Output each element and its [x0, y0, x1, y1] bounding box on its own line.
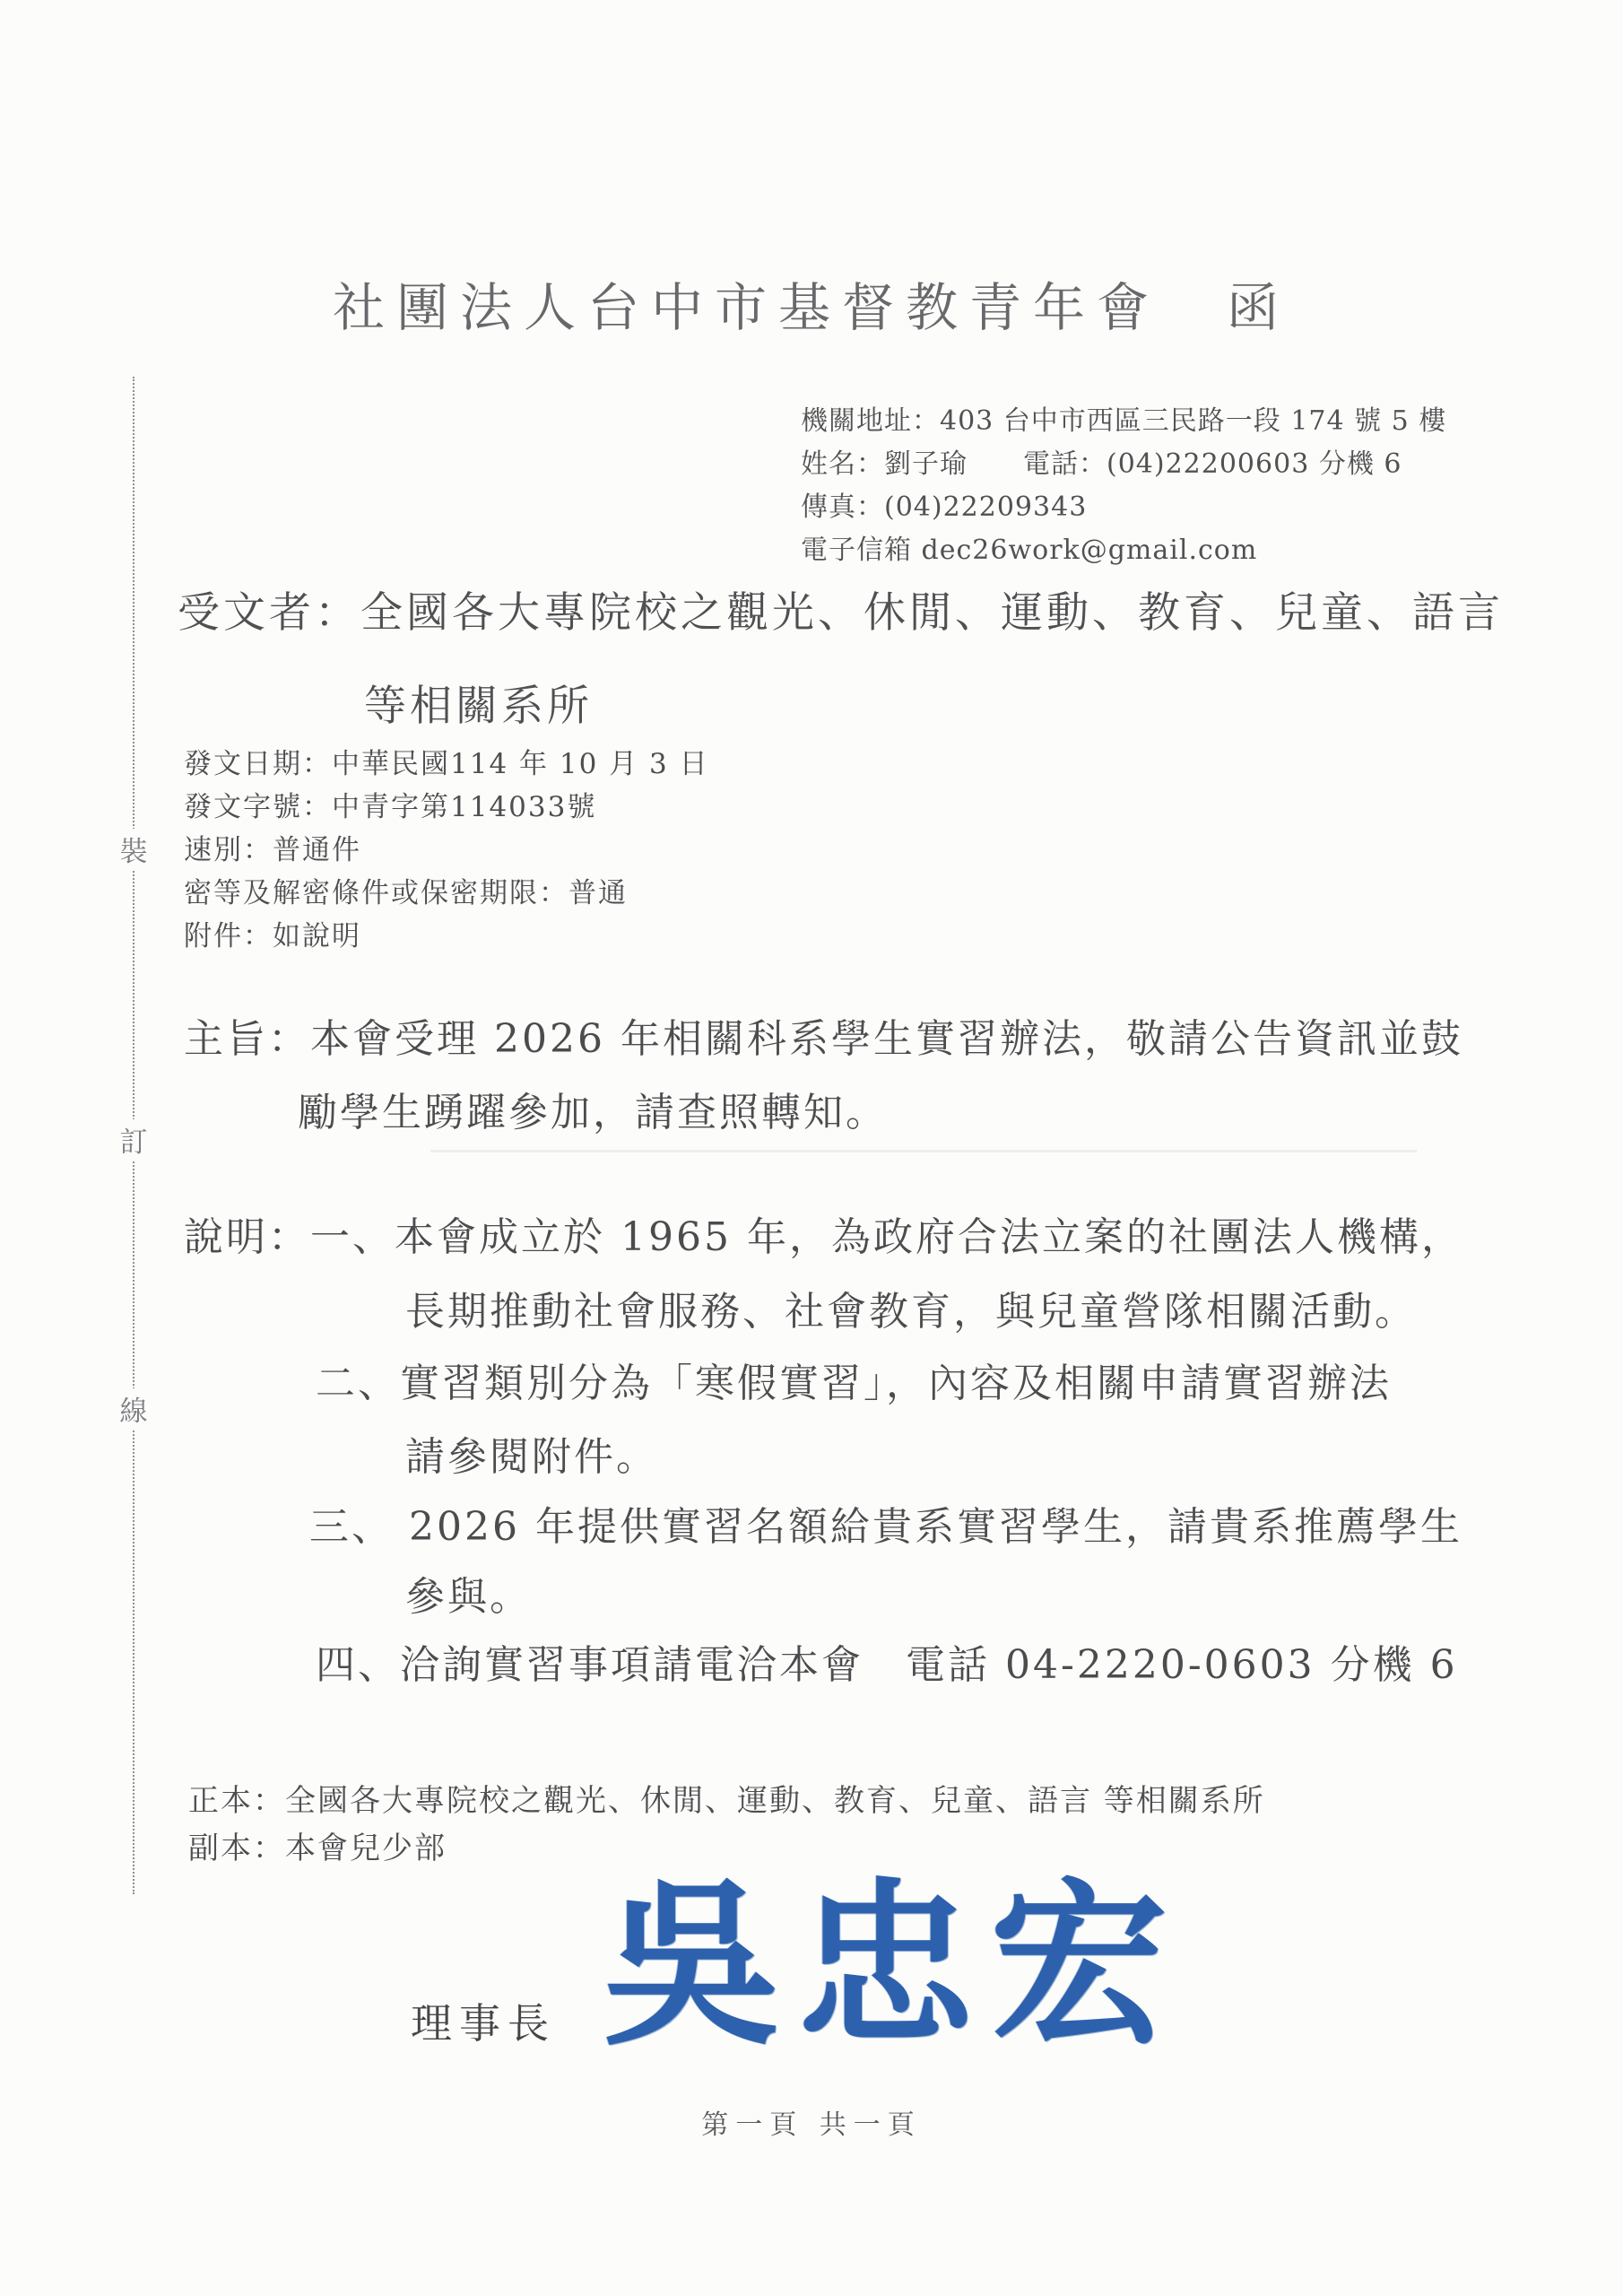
- issue-date: 發文日期：中華民國114 年 10 月 3 日: [184, 743, 709, 786]
- document-meta-block: 發文日期：中華民國114 年 10 月 3 日 發文字號：中青字第114033號…: [184, 743, 709, 958]
- speed-class: 速別：普通件: [184, 829, 709, 872]
- sender-contact-block: 機關地址：403 台中市西區三民路一段 174 號 5 樓 姓名：劉子瑜 電話：…: [801, 400, 1446, 572]
- sender-email: 電子信箱 dec26work@gmail.com: [801, 529, 1446, 572]
- explanation-line: 二、實習類別分為「寒假實習」，內容及相關申請實習辦法: [316, 1351, 1392, 1408]
- organization-name: 社團法人台中市基督教青年會: [333, 265, 1160, 341]
- binding-mark-zhuang: 裝: [111, 829, 156, 869]
- explanation-line: 三、 2026 年提供實習名額給貴系實習學生，請貴系推薦學生: [309, 1494, 1462, 1552]
- scanned-letter-page: 裝 訂 線 社團法人台中市基督教青年會 函 機關地址：403 台中市西區三民路一…: [0, 0, 1623, 2296]
- document-number: 發文字號：中青字第114033號: [184, 786, 709, 829]
- binding-mark-xian: 線: [111, 1388, 156, 1429]
- original-copy-recipients: 正本：全國各大專院校之觀光、休閒、運動、教育、兒童、語言 等相關系所: [188, 1778, 1265, 1825]
- chairman-title-label: 理事長: [411, 1991, 556, 2050]
- security-class: 密等及解密條件或保密期限：普通: [184, 872, 709, 915]
- subject-line-2: 勵學生踴躍參加，請查照轉知。: [298, 1080, 888, 1137]
- explanation-line: 說明：一、本會成立於 1965 年，為政府合法立案的社團法人機構，: [184, 1205, 1463, 1262]
- chairman-signature: 吳忠宏: [603, 1858, 1184, 2072]
- document-title: 社團法人台中市基督教青年會 函: [0, 265, 1623, 341]
- sender-fax: 傳真：(04)22209343: [801, 486, 1446, 529]
- explanation-line: 請參閱附件。: [405, 1424, 658, 1482]
- scan-artifact-streak: [430, 1150, 1417, 1152]
- page-number-footer: 第一頁 共一頁: [0, 2102, 1623, 2142]
- attachment-note: 附件：如說明: [184, 915, 709, 958]
- sender-address: 機關地址：403 台中市西區三民路一段 174 號 5 樓: [801, 400, 1446, 443]
- document-type-label: 函: [1227, 265, 1290, 341]
- recipient-line-1: 受文者：全國各大專院校之觀光、休閒、運動、教育、兒童、語言: [178, 579, 1504, 639]
- binding-mark-ding: 訂: [111, 1119, 156, 1160]
- recipient-line-2: 等相關系所: [364, 673, 593, 733]
- explanation-line: 參與。: [405, 1564, 532, 1622]
- explanation-line: 四、洽詢實習事項請電洽本會 電話 04-2220-0603 分機 6: [316, 1632, 1458, 1690]
- sender-name-phone: 姓名：劉子瑜 電話：(04)22200603 分機 6: [801, 443, 1446, 486]
- explanation-line: 長期推動社會服務、社會教育，與兒童營隊相關活動。: [405, 1279, 1417, 1336]
- subject-line-1: 主旨：本會受理 2026 年相關科系學生實習辦法，敬請公告資訊並鼓: [184, 1006, 1463, 1064]
